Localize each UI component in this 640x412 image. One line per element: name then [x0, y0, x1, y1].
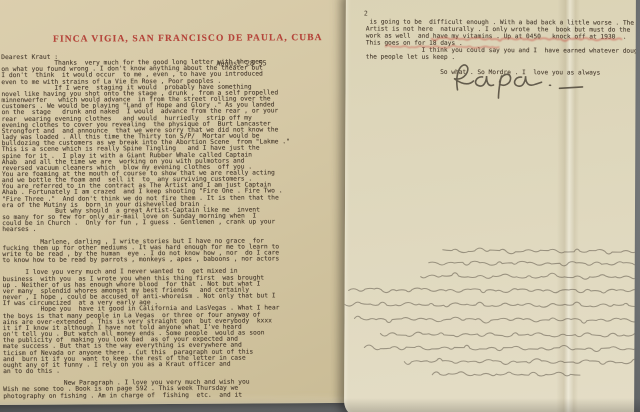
letter-page-2: 2 is going to be difficult enough . With… — [344, 0, 636, 412]
red-ghost-ink-marks — [376, 31, 626, 58]
handwritten-note — [344, 241, 636, 412]
letter-body-page-1: Dearest Kraut : Thanks very much for the… — [1, 53, 291, 400]
letter-page-1: FINCA VIGIA, SAN FRANCISCO DE PAULA, CUB… — [0, 0, 351, 405]
page-number: 2 — [364, 9, 368, 17]
photo-vignette — [0, 398, 640, 412]
papa-signature — [449, 58, 584, 101]
photo-background: FINCA VIGIA, SAN FRANCISCO DE PAULA, CUB… — [0, 0, 640, 412]
letterhead: FINCA VIGIA, SAN FRANCISCO DE PAULA, CUB… — [53, 33, 323, 45]
